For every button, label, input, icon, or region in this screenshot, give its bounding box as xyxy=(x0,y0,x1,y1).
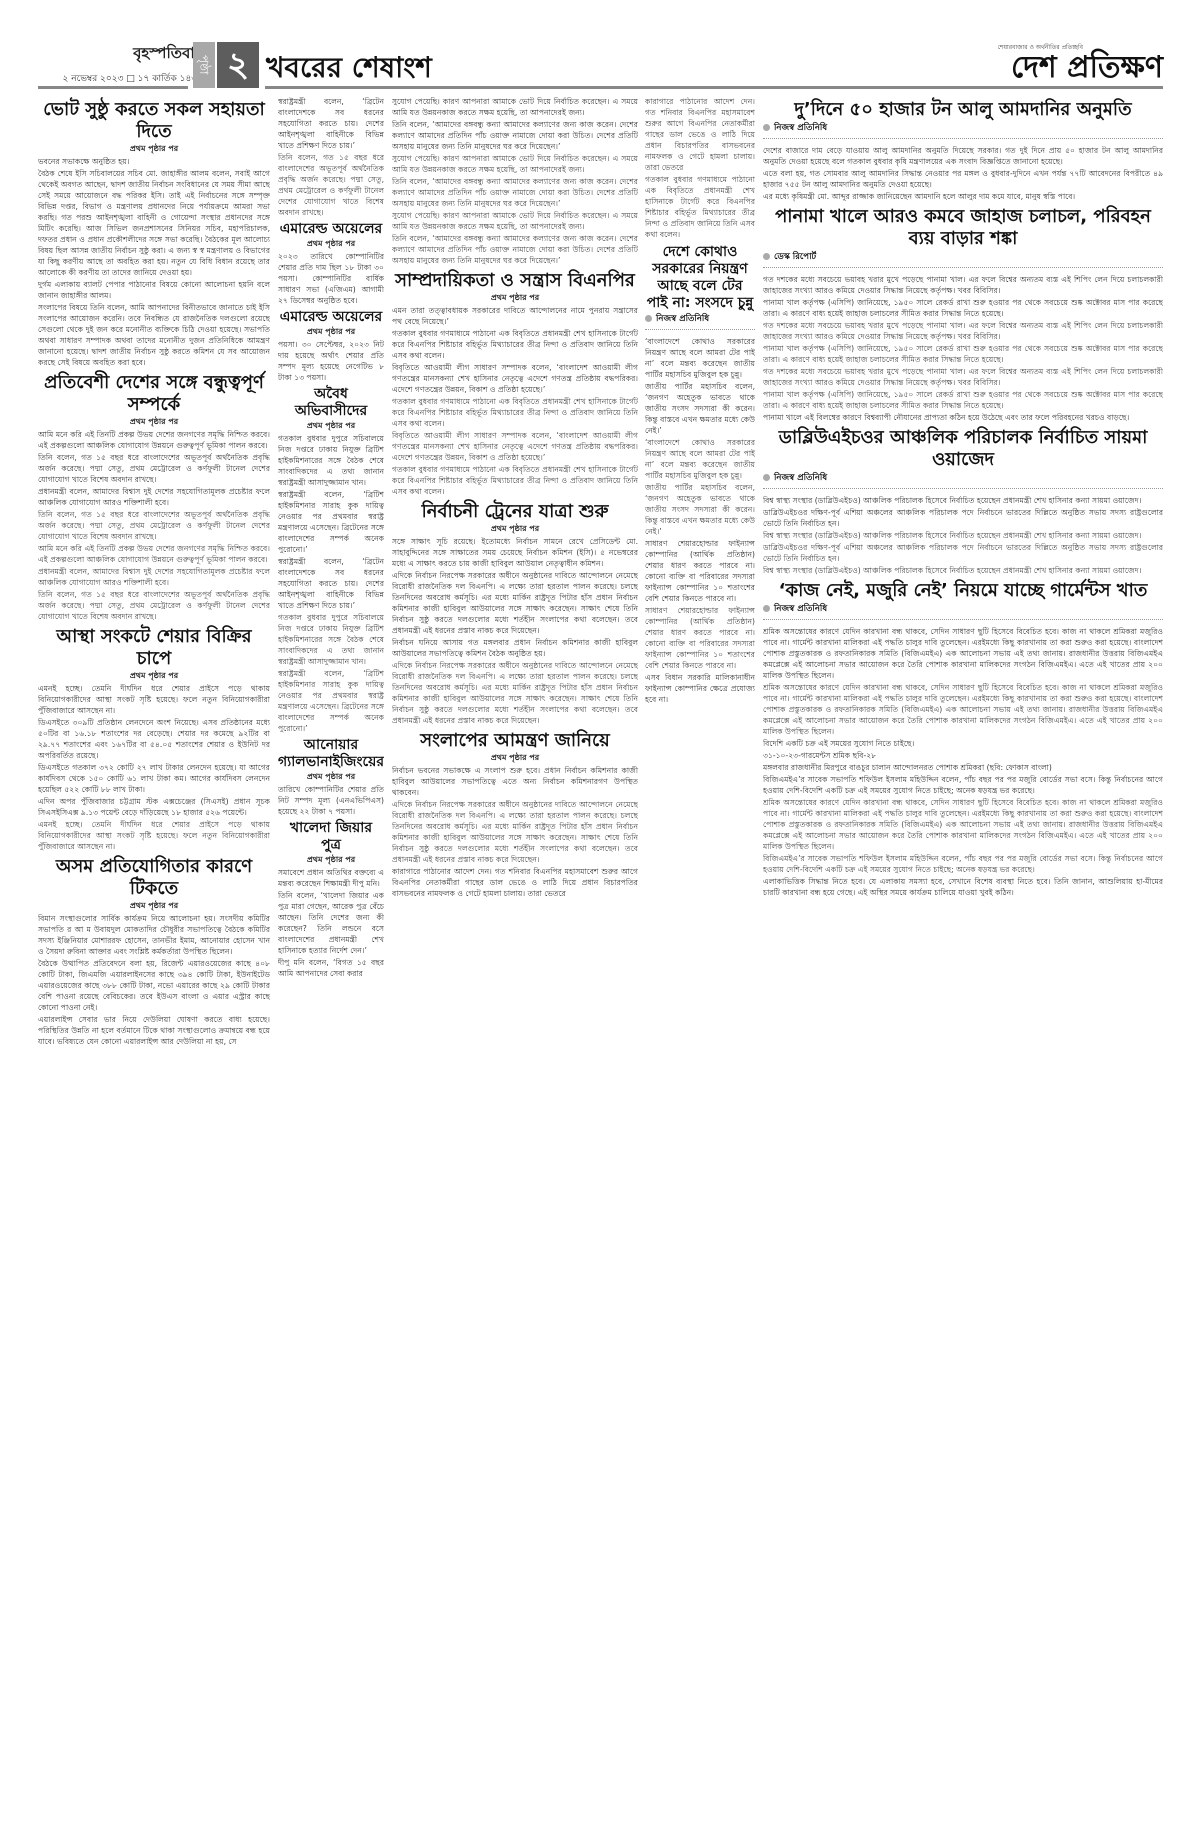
paragraph: কারাগারে পাঠানোর আদেশ দেন। গত শনিবার বিএ… xyxy=(645,96,755,173)
paragraph: সমাবেশে প্রধান অতিথির বক্তব্যে এ মন্তব্য… xyxy=(278,867,384,889)
paragraph: গতকাল বুধবার গণমাধ্যমে পাঠানো এক বিবৃতিত… xyxy=(392,464,638,497)
paragraph: পানামা খাল কর্তৃপক্ষ (এসিপি) জানিয়েছে, … xyxy=(763,297,1163,319)
article-aonar: আনোয়ার গ্যালভানাইজিংয়ের প্রথম পৃষ্ঠার … xyxy=(278,737,384,817)
date-block: বৃহস্পতিবার ২ নভেম্বর ২০২৩ □ ১৭ কার্তিক … xyxy=(3,42,203,86)
paragraph: সঙ্গে সাক্ষাৎ সূচি রয়েছে। ইতোমধ্যে নির্… xyxy=(392,536,638,569)
paragraph: প্রধানমন্ত্রী বলেন, আমাদের বিশ্বাস দুই দ… xyxy=(38,566,270,588)
article-emerald-1: এমারেল্ড অয়েলের প্রথম পৃষ্ঠার পর ২০২৩ ত… xyxy=(278,221,384,306)
article-chandpur: সুযোগ পেয়েছি। কারণ আপনারা আমাকে ভোট দিয… xyxy=(392,96,638,266)
paragraph: আমি মনে করি এই তিনটি প্রকল্প উভয় দেশের … xyxy=(38,429,270,451)
headline: এমারেল্ড অয়েলের xyxy=(278,309,384,326)
paragraph: শ্রমিক অসন্তোষের কারণে যেদিন কারখানা বন্… xyxy=(763,682,1163,737)
paragraph: বিদেশি একটি চক্র এই সময়ের সুযোগ নিতে চা… xyxy=(763,738,1163,749)
article-khaleda: খালেদা জিয়ার পুত্র প্রথম পৃষ্ঠার পর সমা… xyxy=(278,820,384,979)
paragraph: এদিন অপর পুঁজিবাজার চট্টগ্রাম স্টক এক্সচ… xyxy=(38,796,270,818)
paragraph: গতকাল বুধবার দুপুরে সচিবালয়ে নিজ দপ্তরে… xyxy=(278,612,384,667)
kicker: প্রথম পৃষ্ঠার পর xyxy=(392,752,638,763)
headline: সংলাপের আমন্ত্রণ জানিয়ে xyxy=(392,730,638,752)
page-label: পৃষ্ঠা xyxy=(193,42,215,88)
headline: ভোট সুষ্ঠু করতে সকল সহায়তা দিতে xyxy=(38,99,270,143)
bullet-icon xyxy=(763,253,770,260)
paragraph: গতকাল বুধবার গণমাধ্যমে পাঠানো এক বিবৃতিত… xyxy=(392,328,638,361)
weekday: বৃহস্পতিবার xyxy=(3,42,203,67)
paragraph: ২০২৩ তারিখে কোম্পানিটির শেয়ার প্রতি দাম… xyxy=(278,251,384,306)
article-emerald-2: এমারেল্ড অয়েলের প্রথম পৃষ্ঠার পর পয়সা।… xyxy=(278,309,384,383)
headline: সাম্প্রদায়িকতা ও সন্ত্রাস বিএনপির xyxy=(392,270,638,292)
paragraph: পানামা খাল কর্তৃপক্ষ (এসিপি) জানিয়েছে, … xyxy=(763,343,1163,365)
headline: ডাব্লিউএইচওর আঞ্চলিক পরিচালক নির্বাচিত স… xyxy=(763,427,1163,471)
article-garments: ‘কাজ নেই, মজুরি নেই’ নিয়মে যাচ্ছে গার্ম… xyxy=(763,580,1163,898)
kicker: প্রথম পৃষ্ঠার পর xyxy=(38,900,270,911)
paragraph: সাধারণ শেয়ারহোল্ডার ফাইন্যান্স কোম্পানি… xyxy=(645,538,755,604)
kicker: প্রথম পৃষ্ঠার পর xyxy=(278,420,384,431)
headline: নির্বাচনী ট্রেনের যাত্রা শুরু xyxy=(392,501,638,523)
paragraph: গত দশকের মধ্যে সবচেয়ে ভয়াবহ খরার মুখে … xyxy=(763,366,1163,388)
paragraph: সুযোগ পেয়েছি। কারণ আপনারা আমাকে ভোট দিয… xyxy=(392,96,638,118)
masthead-rule-right xyxy=(265,86,1163,89)
paragraph: তারিখে কোম্পানিটির শেয়ার প্রতি নিট সম্প… xyxy=(278,784,384,817)
paragraph: শ্রমিক অসন্তোষের কারণে যেদিন কারখানা বন্… xyxy=(763,797,1163,852)
column-4: কারাগারে পাঠানোর আদেশ দেন। গত শনিবার বিএ… xyxy=(645,96,755,1836)
headline: দেশে কোথাও সরকারের নিয়ন্ত্রণ আছে বলে টে… xyxy=(645,244,755,312)
kicker: প্রথম পৃষ্ঠার পর xyxy=(278,854,384,865)
headline: অবৈধ অভিবাসীদের xyxy=(278,386,384,420)
bullet-icon xyxy=(763,124,770,131)
paragraph: দেশের বাজারে দাম বেড়ে যাওয়ায় আলু আমদা… xyxy=(763,145,1163,167)
paragraph: পয়সা। ৩০ সেপ্টেম্বর, ২০২৩ নিট দায় হয়ে… xyxy=(278,339,384,383)
headline: প্রতিবেশী দেশের সঙ্গে বন্ধুত্বপূর্ণ সম্প… xyxy=(38,372,270,416)
kicker: প্রথম পৃষ্ঠার পর xyxy=(38,143,270,154)
paragraph: পানামা খাল কর্তৃপক্ষ (এসিপি) জানিয়েছে, … xyxy=(763,389,1163,411)
paragraph: তিনি বলেন, ‘আমাদের বঙ্গবন্ধু কন্যা আমাদে… xyxy=(392,176,638,209)
masthead-rule-left xyxy=(38,86,188,89)
headline: পানামা খালে আরও কমবে জাহাজ চলাচল, পরিবহন… xyxy=(763,206,1163,250)
divider xyxy=(763,267,1163,268)
kicker: প্রথম পৃষ্ঠার পর xyxy=(278,771,384,782)
article-potato: দু’দিনে ৫০ হাজার টন আলু আমদানির অনুমতি ন… xyxy=(763,99,1163,202)
paragraph: বিশ্ব স্বাস্থ্য সংস্থার (ডাব্লিউএইচও) আঞ… xyxy=(763,565,1163,576)
article-dialogue: সংলাপের আমন্ত্রণ জানিয়ে প্রথম পৃষ্ঠার প… xyxy=(392,730,638,899)
paragraph: গতকাল বুধবার গণমাধ্যমে পাঠানো এক বিবৃতিত… xyxy=(392,396,638,429)
paragraph: এলাকাভিত্তিক সিদ্ধান্ত নিতে হবে। যে এলাক… xyxy=(763,876,1163,898)
kicker: প্রথম পৃষ্ঠার পর xyxy=(38,670,270,681)
headline: খালেদা জিয়ার পুত্র xyxy=(278,820,384,854)
paragraph: সাধারণ শেয়ারহোল্ডার ফাইন্যান্স কোম্পানি… xyxy=(645,605,755,671)
paragraph: ‘বাংলাদেশে কোথাও সরকারের নিয়ন্ত্রণ আছে … xyxy=(645,437,755,481)
paragraph: ডিএসইতে ৩০৯টি প্রতিষ্ঠান লেনদেনে অংশ নিয… xyxy=(38,717,270,761)
paragraph: তিনি বলেন, গত ১৫ বছর ধরে বাংলাদেশের অভূত… xyxy=(278,152,384,218)
article-communal: সাম্প্রদায়িকতা ও সন্ত্রাস বিএনপির প্রথম… xyxy=(392,270,638,497)
paragraph: সুযোগ পেয়েছি। কারণ আপনারা আমাকে ভোট দিয… xyxy=(392,153,638,175)
divider xyxy=(645,329,755,330)
paragraph: তিনি বলেন, গত ১৫ বছর ধরে বাংলাদেশের অভূত… xyxy=(38,589,270,622)
paragraph: বৈঠকে উত্থাপিত প্রতিবেদনে বলা হয়, রিজেন… xyxy=(38,958,270,1013)
paragraph: এদিকে নির্বাচন নিরপেক্ষ সরকারের অধীনে অন… xyxy=(392,570,638,636)
paragraph: এদিকে নির্বাচন নিরপেক্ষ সরকারের অধীনে অন… xyxy=(392,799,638,865)
divider xyxy=(763,619,1163,620)
article-share: আস্থা সংকটে শেয়ার বিক্রির চাপে প্রথম পৃ… xyxy=(38,626,270,852)
paragraph: ৩১-১০-২৩-গারমেন্টস শ্রমিক ছবি-২৮ xyxy=(763,750,1163,761)
paragraph: ‘বাংলাদেশে কোথাও সরকারের নিয়ন্ত্রণ আছে … xyxy=(645,336,755,380)
paragraph: তিনি বলেন, ‘খালেদা জিয়ার এক পুত্র মারা … xyxy=(278,890,384,956)
headline: আস্থা সংকটে শেয়ার বিক্রির চাপে xyxy=(38,626,270,670)
kicker: প্রথম পৃষ্ঠার পর xyxy=(278,238,384,249)
kicker: প্রথম পৃষ্ঠার পর xyxy=(392,523,638,534)
paragraph: গত দশকের মধ্যে সবচেয়ে ভয়াবহ খরার মুখে … xyxy=(763,274,1163,296)
column-3: সুযোগ পেয়েছি। কারণ আপনারা আমাকে ভোট দিয… xyxy=(392,96,638,1836)
paragraph: বৈঠক শেষে ইসি সচিবালয়ের সচিব মো. জাহাঙ্… xyxy=(38,168,270,278)
paragraph: বিশ্ব স্বাস্থ্য সংস্থার (ডাব্লিউএইচও) আঞ… xyxy=(763,530,1163,541)
paragraph: এয়ারলাইন্স সেবার ভার নিয়ে দেউলিয়া ঘোষ… xyxy=(38,1014,270,1047)
paragraph: বিজিএমইএ’র সাবেক সভাপতি শফিউল ইসলাম মহিউ… xyxy=(763,853,1163,875)
bullet-icon xyxy=(645,315,652,322)
paragraph: বিজিএমইএ’র সাবেক সভাপতি শফিউল ইসলাম মহিউ… xyxy=(763,774,1163,796)
paragraph: আমি মনে করি এই তিনটি প্রকল্প উভয় দেশের … xyxy=(38,543,270,565)
paragraph: স্বরাষ্ট্রমন্ত্রী বলেন, ‘ব্রিটিশ হাইকমিশ… xyxy=(278,668,384,734)
divider xyxy=(763,138,1163,139)
paragraph: স্বরাষ্ট্রমন্ত্রী বলেন, ‘ব্রিটিশ হাইকমিশ… xyxy=(278,489,384,555)
paragraph: সুযোগ পেয়েছি। কারণ আপনারা আমাকে ভোট দিয… xyxy=(392,210,638,232)
paragraph: ডাব্লিউএইচওর দক্ষিণ-পূর্ব এশিয়া অঞ্চলের… xyxy=(763,542,1163,564)
paragraph: ভবনের সভাকক্ষে অনুষ্ঠিত হয়। xyxy=(38,156,270,167)
paragraph: বিমান সংস্থাগুলোর সার্বিক কার্যক্রম নিয়… xyxy=(38,913,270,957)
paragraph: জাতীয় পার্টির মহাসচিব বলেন, ‘জনগণ অহেতু… xyxy=(645,381,755,436)
byline: নিজস্ব প্রতিনিধি xyxy=(763,123,1163,134)
column-1: ভোট সুষ্ঠু করতে সকল সহায়তা দিতে প্রথম প… xyxy=(38,96,270,1836)
paragraph: ডিএসইতে গতকাল ৩৭২ কোটি ২৭ লাখ টাকার লেনদ… xyxy=(38,762,270,795)
paragraph: গত দশকের মধ্যে সবচেয়ে ভয়াবহ খরার মুখে … xyxy=(763,320,1163,342)
article-neighbor: প্রতিবেশী দেশের সঙ্গে বন্ধুত্বপূর্ণ সম্প… xyxy=(38,372,270,622)
headline: এমারেল্ড অয়েলের xyxy=(278,221,384,238)
paragraph: দীপু মনি বলেন, ‘বিগত ১৫ বছর আমি আপনাদের … xyxy=(278,957,384,979)
headline: আনোয়ার গ্যালভানাইজিংয়ের xyxy=(278,737,384,771)
paragraph: প্রধানমন্ত্রী বলেন, আমাদের বিশ্বাস দুই দ… xyxy=(38,486,270,508)
logo-name: দেশ প্রতিক্ষণ xyxy=(1011,50,1163,85)
paragraph: সংলাপের বিষয়ে তিনি বলেন, আমি আপনাদের বি… xyxy=(38,302,270,368)
paragraph: স্বরাষ্ট্রমন্ত্রী বলেন, ‘ব্রিটেন বাংলাদে… xyxy=(278,556,384,611)
kicker: প্রথম পৃষ্ঠার পর xyxy=(392,292,638,303)
paragraph: শ্রমিক অসন্তোষের কারণে যেদিন কারখানা বন্… xyxy=(763,626,1163,681)
byline: নিজস্ব প্রতিনিধি xyxy=(645,314,755,325)
paragraph: মঙ্গলবার রাজধানীর মিরপুরে বাঙচুর চালান আ… xyxy=(763,762,1163,773)
masthead: বৃহস্পতিবার ২ নভেম্বর ২০২৩ □ ১৭ কার্তিক … xyxy=(38,42,1163,86)
paragraph: জাতীয় পার্টির মহাসচিব বলেন, ‘জনগণ অহেতু… xyxy=(645,482,755,537)
paragraph: বিশ্ব স্বাস্থ্য সংস্থার (ডাব্লিউএইচও) আঞ… xyxy=(763,495,1163,506)
page-number: ২ xyxy=(217,42,259,88)
paragraph: এমনই হচ্ছে। তেমনি দীর্ঘদিন ধরে শেয়ার প্… xyxy=(38,683,270,716)
byline: নিজস্ব প্রতিনিধি xyxy=(763,604,1163,615)
article-vote: ভোট সুষ্ঠু করতে সকল সহায়তা দিতে প্রথম প… xyxy=(38,99,270,368)
paragraph: তিনি বলেন, গত ১৫ বছর ধরে বাংলাদেশের অভূত… xyxy=(38,452,270,485)
bullet-icon xyxy=(763,474,770,481)
article-competition: অসম প্রতিযোগিতার কারণে টিকতে প্রথম পৃষ্ঠ… xyxy=(38,856,270,1047)
paragraph: তিনি বলেন, গত ১৫ বছর ধরে বাংলাদেশের অভূত… xyxy=(38,509,270,542)
paragraph: ডাব্লিউএইচওর দক্ষিণ-পূর্ব এশিয়া অঞ্চলের… xyxy=(763,507,1163,529)
paragraph: এমনই হচ্ছে। তেমনি দীর্ঘদিন ধরে শেয়ার প্… xyxy=(38,819,270,852)
article-finance: সাধারণ শেয়ারহোল্ডার ফাইন্যান্স কোম্পানি… xyxy=(645,538,755,705)
byline: নিজস্ব প্রতিনিধি xyxy=(763,473,1163,484)
paragraph: তিনি বলেন, ‘আমাদের বঙ্গবন্ধু কন্যা আমাদে… xyxy=(392,233,638,266)
newspaper-logo: শেয়ারবাজার ও অর্থনীতির প্রতিচ্ছবি দেশ প… xyxy=(997,42,1163,83)
paragraph: স্বরাষ্ট্রমন্ত্রী বলেন, ‘ব্রিটেন বাংলাদে… xyxy=(278,96,384,151)
byline: ডেস্ক রিপোর্ট xyxy=(763,252,1163,263)
article-chunnu: দেশে কোথাও সরকারের নিয়ন্ত্রণ আছে বলে টে… xyxy=(645,244,755,537)
kicker: প্রথম পৃষ্ঠার পর xyxy=(278,326,384,337)
article-train: নির্বাচনী ট্রেনের যাত্রা শুরু প্রথম পৃষ্… xyxy=(392,501,638,726)
paragraph: তিনি বলেন, ‘আমাদের বঙ্গবন্ধু কন্যা আমাদে… xyxy=(392,119,638,152)
paragraph: এদিকে নির্বাচন নিরপেক্ষ সরকারের অধীনে অন… xyxy=(392,660,638,726)
paragraph: এতে বলা হয়, গত সোমবার আলু আমদানির সিদ্ধ… xyxy=(763,168,1163,190)
paragraph: নির্বাচন ভবনের সভাকক্ষে এ সংলাপ শুরু হবে… xyxy=(392,765,638,798)
date-line: ২ নভেম্বর ২০২৩ □ ১৭ কার্তিক ১৪৩০ xyxy=(3,71,203,86)
paragraph: গতকাল বুধবার গণমাধ্যমে পাঠানো এক বিবৃতিত… xyxy=(645,174,755,240)
column-5: দু’দিনে ৫০ হাজার টন আলু আমদানির অনুমতি ন… xyxy=(763,96,1163,1836)
paragraph: গতকাল বুধবার দুপুরে সচিবালয়ে নিজ দপ্তরে… xyxy=(278,433,384,488)
paragraph: বিবৃতিতে আওয়ামী লীগ সাধারণ সম্পাদক বলেন… xyxy=(392,362,638,395)
paragraph: এর মধ্যে কৃষিমন্ত্রী মো. আব্দুর রাজ্জাক … xyxy=(763,191,1163,202)
headline: দু’দিনে ৫০ হাজার টন আলু আমদানির অনুমতি xyxy=(763,99,1163,121)
bullet-icon xyxy=(763,605,770,612)
article-immigrants: অবৈধ অভিবাসীদের প্রথম পৃষ্ঠার পর গতকাল ব… xyxy=(278,386,384,734)
paragraph: এসব বিধান সরকারি মালিকানাধীন ফাইন্যান্স … xyxy=(645,672,755,705)
paragraph: নির্বাচন ঘনিয়ে আসায় গত মঙ্গলবার প্রধান… xyxy=(392,637,638,659)
column-2: স্বরাষ্ট্রমন্ত্রী বলেন, ‘ব্রিটেন বাংলাদে… xyxy=(278,96,384,1836)
paragraph: দুর্গম এলাকায় ব্যালট পেপার পাঠানোর বিষয… xyxy=(38,279,270,301)
article-panama: পানামা খালে আরও কমবে জাহাজ চলাচল, পরিবহন… xyxy=(763,206,1163,423)
paragraph: কারাগারে পাঠানোর আদেশ দেন। গত শনিবার বিএ… xyxy=(392,866,638,899)
headline: ‘কাজ নেই, মজুরি নেই’ নিয়মে যাচ্ছে গার্ম… xyxy=(763,580,1163,602)
kicker: প্রথম পৃষ্ঠার পর xyxy=(38,416,270,427)
paragraph: বিবৃতিতে আওয়ামী লীগ সাধারণ সম্পাদক বলেন… xyxy=(392,430,638,463)
headline: অসম প্রতিযোগিতার কারণে টিকতে xyxy=(38,856,270,900)
article-who: ডাব্লিউএইচওর আঞ্চলিক পরিচালক নির্বাচিত স… xyxy=(763,427,1163,576)
divider xyxy=(763,488,1163,489)
paragraph: এমন তারা তত্ত্বাবধায়ক সরকারের দাবিতে আন… xyxy=(392,305,638,327)
paragraph: পানামা খালে এই বিলম্বের কারণে বিশ্বব্যাপ… xyxy=(763,412,1163,423)
